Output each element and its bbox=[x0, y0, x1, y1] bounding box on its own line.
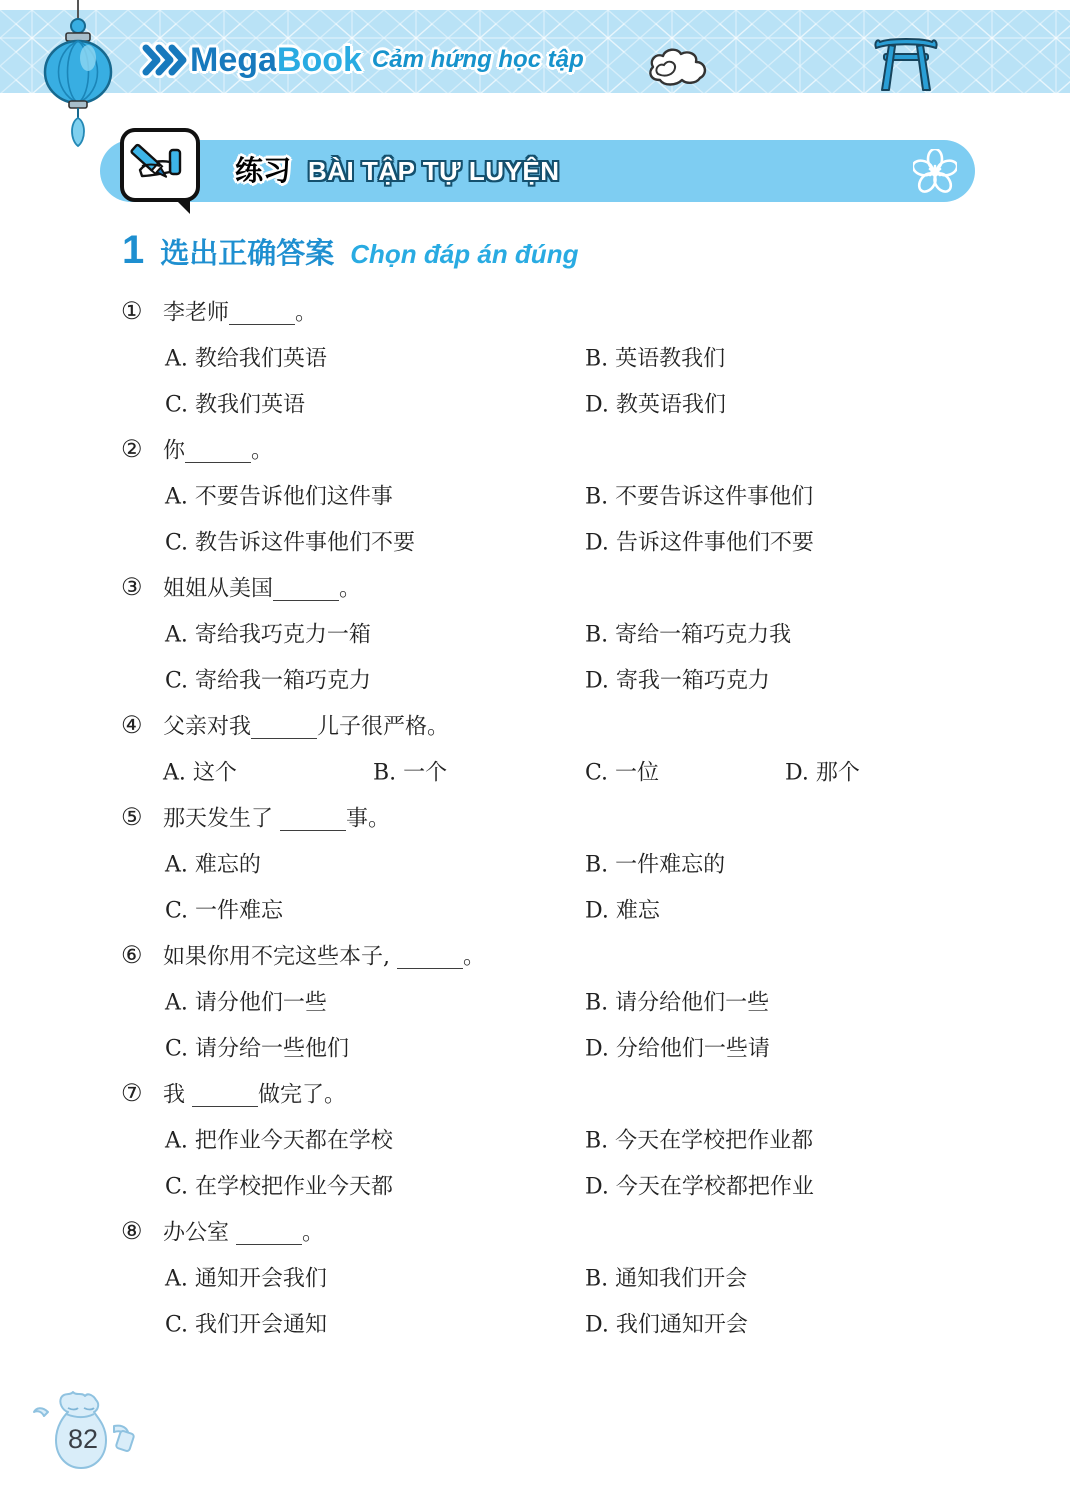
option: D. 教英语我们 bbox=[585, 388, 726, 419]
logo-text: MegaBook bbox=[190, 43, 362, 77]
pencil-bubble-icon bbox=[120, 128, 200, 202]
option: B. 请分给他们一些 bbox=[585, 986, 769, 1017]
option-row: C. 请分给一些他们D. 分给他们一些请 bbox=[0, 1024, 1070, 1070]
question-stem-row: ⑤那天发生了 ______事。 bbox=[0, 794, 1070, 840]
question-number: ③ bbox=[121, 573, 143, 601]
option: C. 在学校把作业今天都 bbox=[165, 1170, 393, 1201]
question: ④父亲对我______儿子很严格。A. 这个B. 一个C. 一位D. 那个 bbox=[0, 702, 1070, 794]
option: A. 难忘的 bbox=[165, 848, 261, 879]
megabook-logo: MegaBook Cảm hứng học tập bbox=[138, 42, 584, 78]
option: B. 寄给一箱巧克力我 bbox=[585, 618, 791, 649]
option-row: A. 通知开会我们B. 通知我们开会 bbox=[0, 1254, 1070, 1300]
brand-tagline: Cảm hứng học tập bbox=[372, 48, 584, 72]
option: B. 英语教我们 bbox=[585, 342, 725, 373]
page-number-bag: 82 bbox=[28, 1384, 138, 1479]
question-stem: 你______。 bbox=[163, 434, 273, 465]
section-heading: 1 选出正确答案 Chọn đáp án đúng bbox=[122, 230, 578, 270]
option-row: C. 寄给我一箱巧克力D. 寄我一箱巧克力 bbox=[0, 656, 1070, 702]
option-row: A. 把作业今天都在学校B. 今天在学校把作业都 bbox=[0, 1116, 1070, 1162]
section-number: 1 bbox=[122, 230, 144, 270]
option: A. 把作业今天都在学校 bbox=[165, 1124, 393, 1155]
question-stem-row: ①李老师______。 bbox=[0, 288, 1070, 334]
option: B. 一件难忘的 bbox=[585, 848, 725, 879]
question: ①李老师______。A. 教给我们英语B. 英语教我们C. 教我们英语D. 教… bbox=[0, 288, 1070, 426]
lantern-icon bbox=[40, 0, 120, 155]
option: C. 一位 bbox=[585, 756, 659, 787]
question: ③姐姐从美国______。A. 寄给我巧克力一箱B. 寄给一箱巧克力我C. 寄给… bbox=[0, 564, 1070, 702]
question-stem: 如果你用不完这些本子, ______。 bbox=[163, 940, 485, 971]
question-number: ④ bbox=[121, 711, 143, 739]
question-number: ① bbox=[121, 297, 143, 325]
question: ⑧办公室 ______。A. 通知开会我们B. 通知我们开会C. 我们开会通知D… bbox=[0, 1208, 1070, 1346]
option: B. 通知我们开会 bbox=[585, 1262, 747, 1293]
option: C. 我们开会通知 bbox=[165, 1308, 327, 1339]
question: ⑦我 ______做完了。A. 把作业今天都在学校B. 今天在学校把作业都C. … bbox=[0, 1070, 1070, 1208]
flower-icon bbox=[913, 149, 957, 195]
exercise-banner: 练习 BÀI TẬP TỰ LUYỆN bbox=[100, 140, 975, 202]
option-row: C. 我们开会通知D. 我们通知开会 bbox=[0, 1300, 1070, 1346]
question-stem: 办公室 ______。 bbox=[163, 1216, 324, 1247]
option: B. 不要告诉这件事他们 bbox=[585, 480, 813, 511]
option: A. 请分他们一些 bbox=[165, 986, 327, 1017]
option: D. 告诉这件事他们不要 bbox=[585, 526, 814, 557]
question-number: ⑥ bbox=[121, 941, 143, 969]
option: A. 教给我们英语 bbox=[165, 342, 327, 373]
option-row: A. 寄给我巧克力一箱B. 寄给一箱巧克力我 bbox=[0, 610, 1070, 656]
question-list: ①李老师______。A. 教给我们英语B. 英语教我们C. 教我们英语D. 教… bbox=[0, 288, 1070, 1346]
question: ⑥如果你用不完这些本子, ______。A. 请分他们一些B. 请分给他们一些C… bbox=[0, 932, 1070, 1070]
question-stem: 李老师______。 bbox=[163, 296, 317, 327]
question-stem-row: ⑦我 ______做完了。 bbox=[0, 1070, 1070, 1116]
option-row: C. 教我们英语D. 教英语我们 bbox=[0, 380, 1070, 426]
torii-icon bbox=[872, 32, 940, 94]
option: D. 那个 bbox=[785, 756, 860, 787]
option: C. 一件难忘 bbox=[165, 894, 283, 925]
option: C. 寄给我一箱巧克力 bbox=[165, 664, 371, 695]
option-row: A. 难忘的B. 一件难忘的 bbox=[0, 840, 1070, 886]
banner-title: BÀI TẬP TỰ LUYỆN bbox=[308, 157, 560, 186]
option: D. 分给他们一些请 bbox=[585, 1032, 770, 1063]
question-number: ⑤ bbox=[121, 803, 143, 831]
option-row: C. 教告诉这件事他们不要D. 告诉这件事他们不要 bbox=[0, 518, 1070, 564]
option-row: C. 在学校把作业今天都D. 今天在学校都把作业 bbox=[0, 1162, 1070, 1208]
option: B. 今天在学校把作业都 bbox=[585, 1124, 813, 1155]
question-stem-row: ③姐姐从美国______。 bbox=[0, 564, 1070, 610]
question-stem-row: ②你______。 bbox=[0, 426, 1070, 472]
option-row: C. 一件难忘D. 难忘 bbox=[0, 886, 1070, 932]
option: B. 一个 bbox=[373, 756, 447, 787]
option-row: A. 这个B. 一个C. 一位D. 那个 bbox=[0, 748, 1070, 794]
option-row: A. 教给我们英语B. 英语教我们 bbox=[0, 334, 1070, 380]
question-number: ② bbox=[121, 435, 143, 463]
question: ⑤那天发生了 ______事。A. 难忘的B. 一件难忘的C. 一件难忘D. 难… bbox=[0, 794, 1070, 932]
option: A. 通知开会我们 bbox=[165, 1262, 327, 1293]
writing-hand-icon bbox=[130, 136, 186, 188]
banner-label-cn: 练习 bbox=[235, 154, 291, 188]
option: C. 教我们英语 bbox=[165, 388, 305, 419]
question-stem-row: ④父亲对我______儿子很严格。 bbox=[0, 702, 1070, 748]
logo-mega: Mega bbox=[190, 41, 277, 79]
question: ②你______。A. 不要告诉他们这件事B. 不要告诉这件事他们C. 教告诉这… bbox=[0, 426, 1070, 564]
question-number: ⑦ bbox=[121, 1079, 143, 1107]
question-stem-row: ⑧办公室 ______。 bbox=[0, 1208, 1070, 1254]
option-row: A. 请分他们一些B. 请分给他们一些 bbox=[0, 978, 1070, 1024]
section-title-vi: Chọn đáp án đúng bbox=[350, 241, 578, 267]
question-stem: 父亲对我______儿子很严格。 bbox=[163, 710, 449, 741]
cloud-icon bbox=[646, 46, 710, 88]
option-row: A. 不要告诉他们这件事B. 不要告诉这件事他们 bbox=[0, 472, 1070, 518]
option: A. 不要告诉他们这件事 bbox=[165, 480, 393, 511]
triple-chevron-icon bbox=[138, 42, 190, 78]
option: A. 寄给我巧克力一箱 bbox=[165, 618, 371, 649]
option: D. 寄我一箱巧克力 bbox=[585, 664, 770, 695]
option: D. 我们通知开会 bbox=[585, 1308, 748, 1339]
page-number: 82 bbox=[60, 1424, 106, 1455]
question-stem: 我 ______做完了。 bbox=[163, 1078, 346, 1109]
option: C. 教告诉这件事他们不要 bbox=[165, 526, 415, 557]
question-stem-row: ⑥如果你用不完这些本子, ______。 bbox=[0, 932, 1070, 978]
option: D. 今天在学校都把作业 bbox=[585, 1170, 814, 1201]
section-title-cn: 选出正确答案 bbox=[160, 239, 334, 268]
option: C. 请分给一些他们 bbox=[165, 1032, 349, 1063]
question-number: ⑧ bbox=[121, 1217, 143, 1245]
question-stem: 姐姐从美国______。 bbox=[163, 572, 361, 603]
option: A. 这个 bbox=[163, 756, 237, 787]
question-stem: 那天发生了 ______事。 bbox=[163, 802, 390, 833]
logo-book: Book bbox=[277, 41, 362, 79]
option: D. 难忘 bbox=[585, 894, 660, 925]
